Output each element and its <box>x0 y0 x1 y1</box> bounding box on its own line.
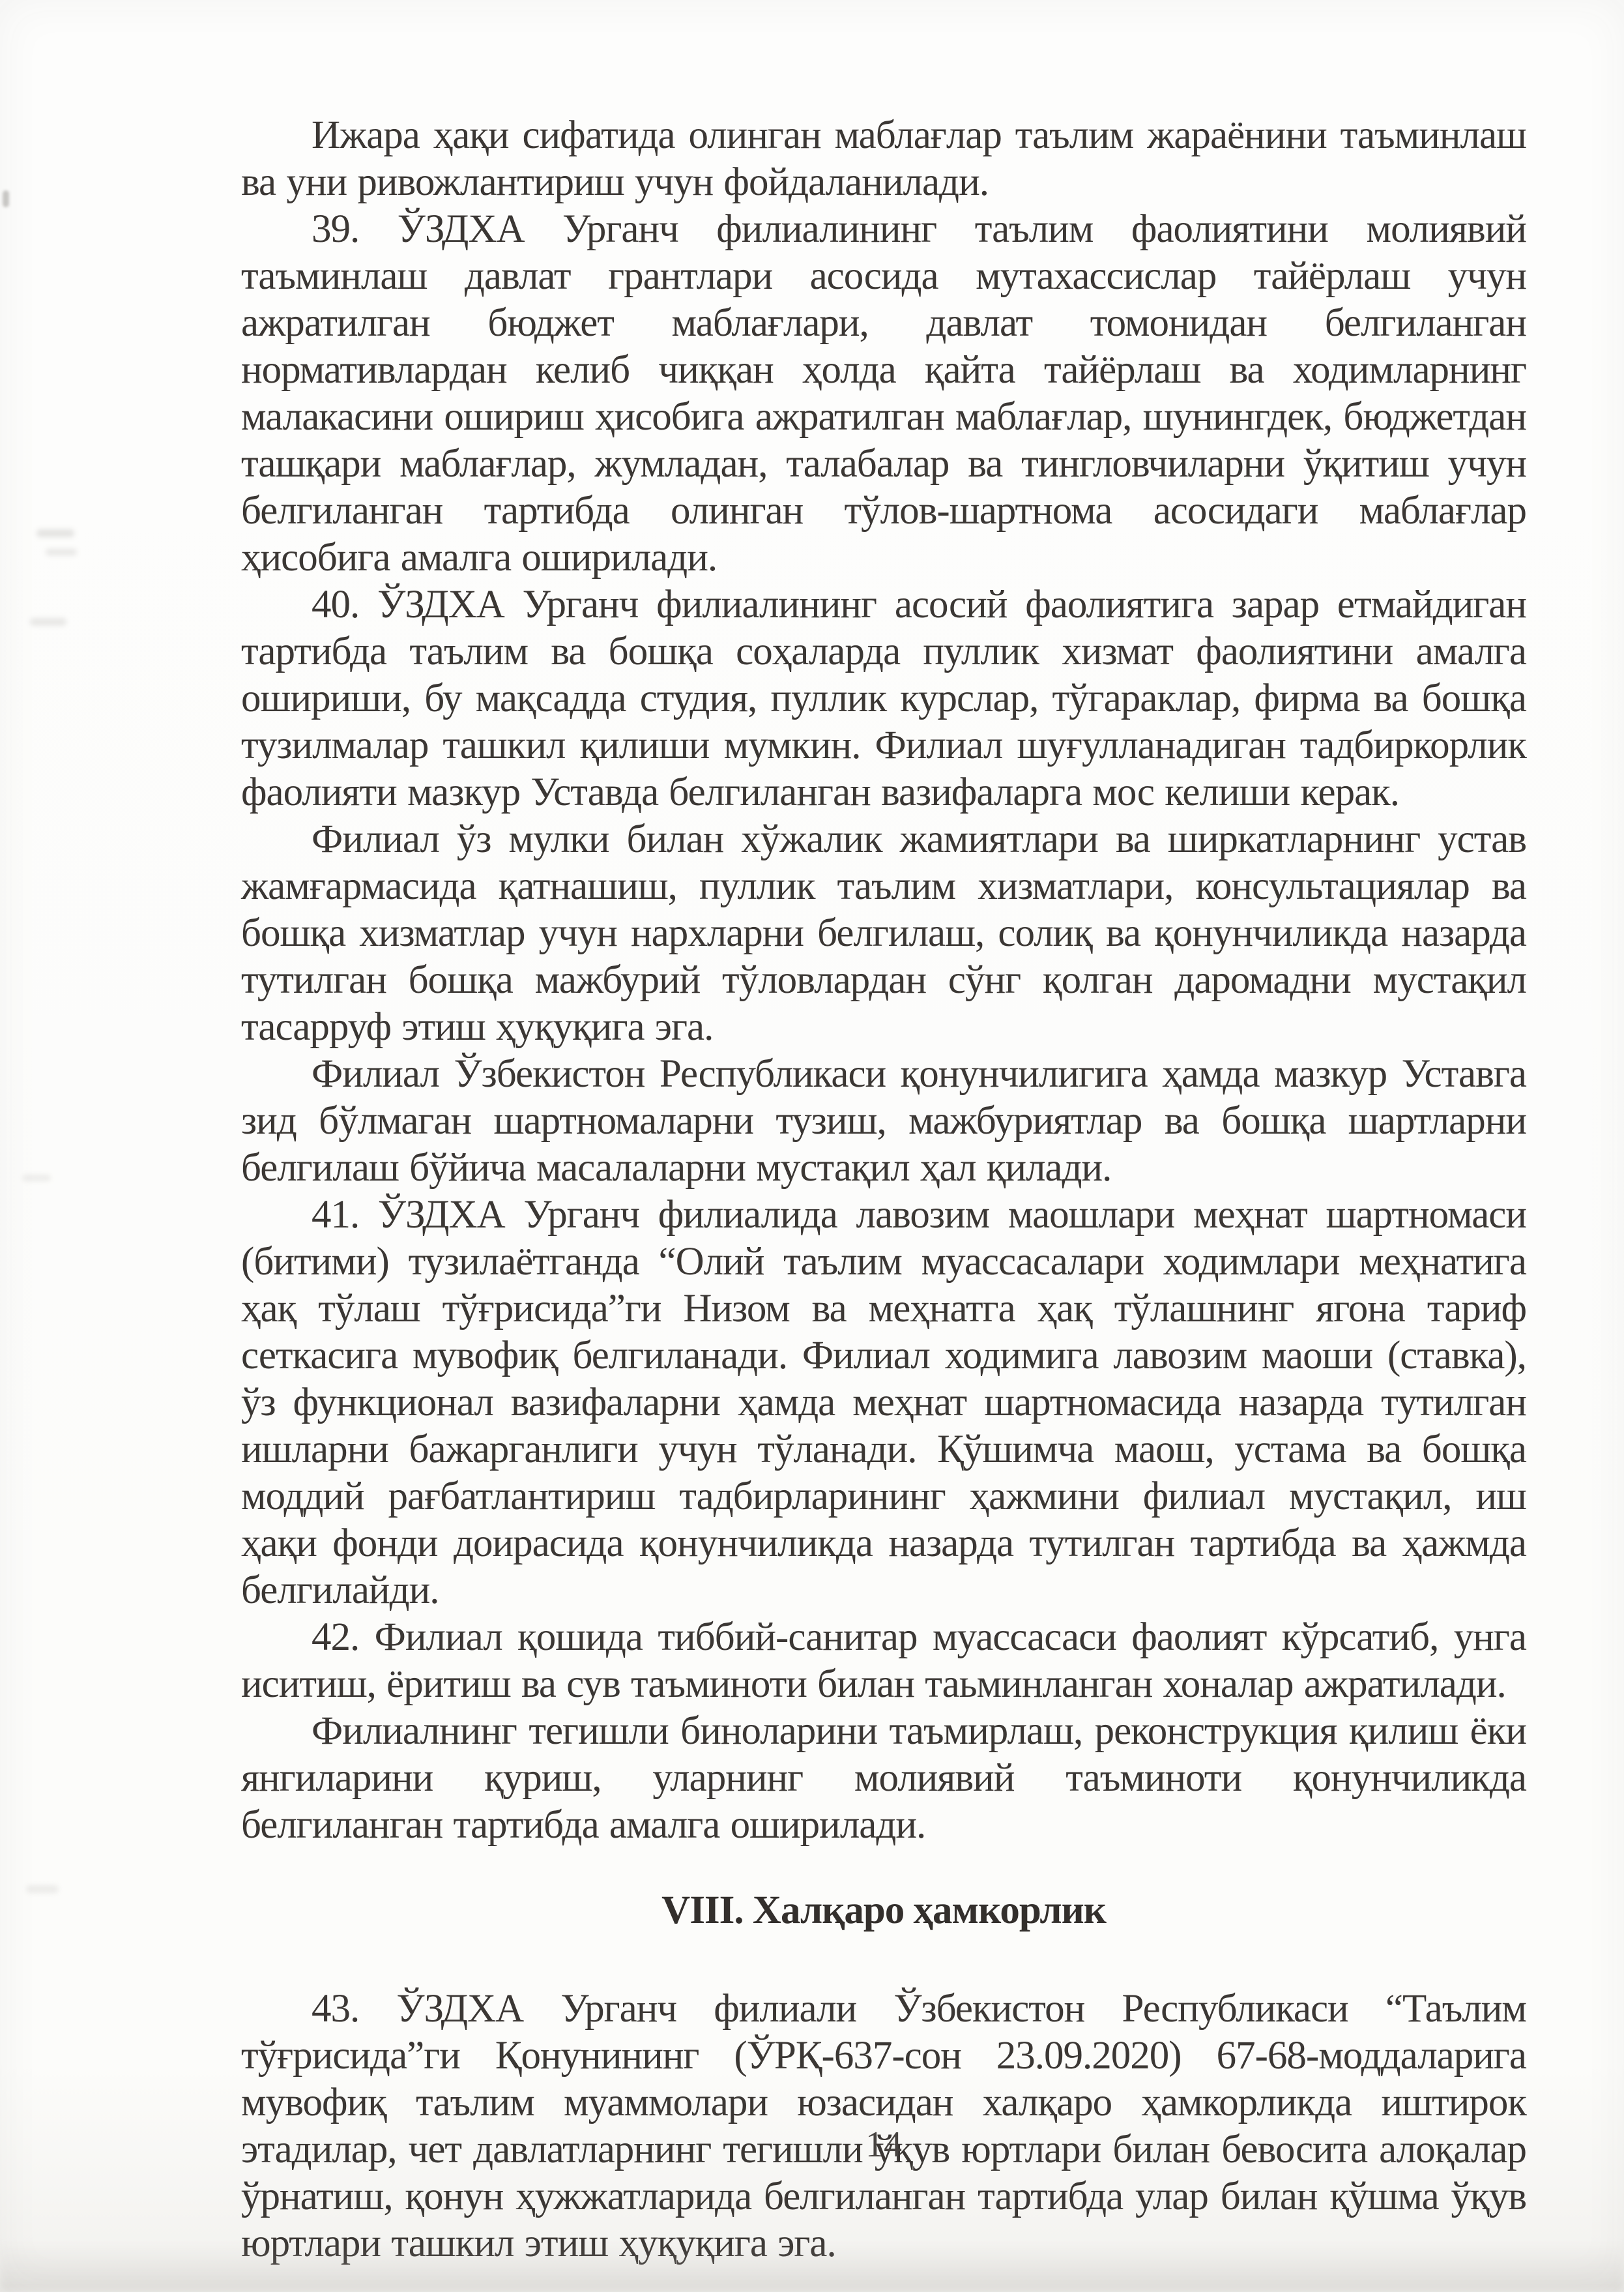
scan-artifact <box>3 190 9 207</box>
paragraph: Филиалнинг тегишли биноларини таъмирлаш,… <box>241 1708 1526 1849</box>
document-body: Ижара ҳақи сифатида олинган маблағлар та… <box>241 112 1526 2267</box>
scan-artifact <box>46 549 77 555</box>
scan-artifact <box>36 529 74 537</box>
paragraph: Филиал ўз мулки билан хўжалик жамиятлари… <box>241 816 1526 1051</box>
paragraph: 42. Филиал қошида тиббий-санитар муассас… <box>241 1614 1526 1708</box>
paragraph: 40. ЎЗДХА Урганч филиалининг асосий фаол… <box>241 581 1526 816</box>
paragraph: 41. ЎЗДХА Урганч филиалида лавозим маошл… <box>241 1192 1526 1614</box>
page-number: 14 <box>241 2124 1526 2166</box>
paragraph: 39. ЎЗДХА Урганч филиалининг таълим фаол… <box>241 206 1526 581</box>
scan-artifact <box>0 2242 1624 2292</box>
paragraph: Ижара ҳақи сифатида олинган маблағлар та… <box>241 112 1526 206</box>
paragraph: Филиал Ўзбекистон Республикаси қонунчили… <box>241 1051 1526 1192</box>
section-heading: VIII. Халқаро ҳамкорлик <box>241 1887 1526 1935</box>
scanned-document-page: Ижара ҳақи сифатида олинган маблағлар та… <box>0 0 1624 2292</box>
scan-artifact <box>22 1175 51 1181</box>
scan-artifact <box>26 1885 59 1893</box>
scan-artifact <box>30 618 66 626</box>
